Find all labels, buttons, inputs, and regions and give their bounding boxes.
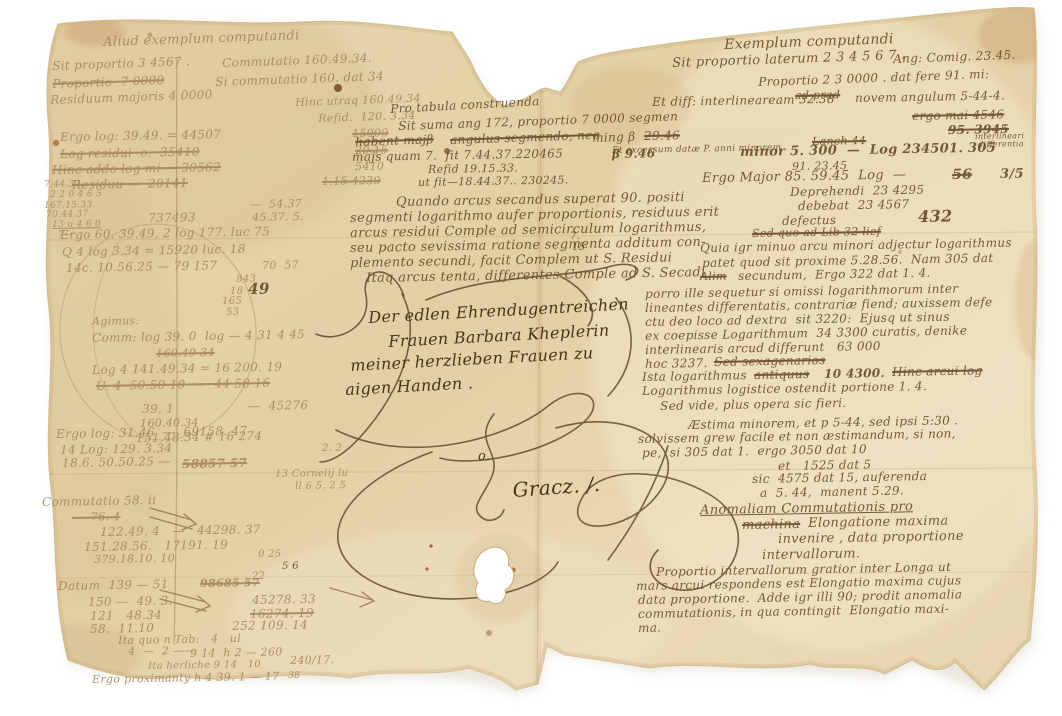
- manuscript-line: Alim: [700, 271, 727, 282]
- manuscript-line: Ista logarithmus: [642, 369, 747, 383]
- manuscript-line: pe, si 305 dat 1. ergo 3050 dat 10: [642, 443, 867, 459]
- manuscript-line: majs quam 7. fit 7.44.37.220465: [352, 147, 563, 163]
- manuscript-line: meiner herzlieben Frauen zu: [350, 345, 594, 374]
- manuscript-line: 10 4300.: [824, 367, 885, 380]
- manuscript-line: Proportio 7 0000: [52, 74, 165, 90]
- manuscript-line: Logarithmus logistice ostendit portione …: [642, 380, 927, 397]
- manuscript-line: Commutatio 58. ii: [42, 494, 156, 508]
- manuscript-line: 15: [572, 243, 586, 253]
- manuscript-line: Log residui o. 35410: [60, 146, 200, 160]
- manuscript-line: aigen Handen .: [345, 375, 474, 398]
- manuscript-line: Gracz. /.: [512, 474, 601, 500]
- manuscript-line: Sit proportio laterum 2 3 4 5 6 7 .: [672, 49, 906, 70]
- manuscript-line: commutationis, in qua contingit Elongati…: [638, 603, 949, 620]
- manuscript-line: intervallorum.: [762, 547, 860, 562]
- manuscript-line: debebat 23 4567: [798, 198, 909, 212]
- manuscript-line: Residuum majoris 4 0000: [50, 88, 213, 106]
- manuscript-line: ad prad: [795, 89, 840, 101]
- manuscript-line: 56: [952, 168, 972, 182]
- handwriting-layer: Aliud exemplum computandiSit proportio 3…: [0, 0, 1062, 716]
- manuscript-line: Aliud exemplum computandi: [103, 29, 300, 49]
- manuscript-line: o.: [478, 450, 490, 463]
- manuscript-line: 98685 57: [200, 577, 260, 589]
- manuscript-line: Log 4 141.49.34 = 16 200. 19: [92, 361, 282, 376]
- manuscript-line: 2. 2: [322, 444, 342, 454]
- manuscript-line: 9 14 h 2 — 260: [190, 646, 283, 659]
- manuscript-line: Ergo proximanty h 4 39. 1 — 17: [92, 671, 280, 685]
- manuscript-line: 49: [248, 282, 270, 297]
- manuscript-line: 165: [222, 297, 242, 307]
- manuscript-line: habent majβ: [355, 133, 434, 148]
- manuscript-line: 7.: [570, 232, 580, 242]
- manuscript-line: 252 109. 14: [232, 619, 308, 632]
- manuscript-line: Refid 19.15.33.: [428, 162, 518, 175]
- manuscript-line: ll 6 5. 2 5: [295, 481, 346, 492]
- manuscript-line: 151.28.56. 17191. 19: [84, 538, 228, 553]
- manuscript-line: 1.15 4230: [322, 175, 381, 187]
- manuscript-line: 39. 1: [142, 402, 174, 415]
- manuscript-line: ut fit—18.44.37.. 230245.: [418, 174, 569, 188]
- manuscript-line: 58857 57: [182, 457, 247, 470]
- manuscript-line: — 54.37: [250, 198, 302, 210]
- manuscript-line: ma.: [638, 622, 661, 634]
- manuscript-line: Sed sexagenarios: [714, 354, 826, 368]
- manuscript-line: Deprehendi 23 4295: [790, 184, 924, 198]
- manuscript-line: Commutatio 160.49.34.: [222, 52, 372, 69]
- manuscript-line: 2 2 0 4 6 5: [50, 190, 102, 200]
- manuscript-line: Hinc arcui log: [892, 364, 983, 378]
- manuscript-line: 14c. 10.56.25 — 79 157: [66, 259, 217, 274]
- manuscript-line: Q 4 log 3.34 = 15920 luc. 18: [62, 243, 246, 258]
- manuscript-line: 38: [288, 672, 300, 681]
- manuscript-line: U. 4 50.50 10 — 44 58 16: [96, 377, 270, 392]
- manuscript-line: 53: [226, 308, 240, 318]
- manuscript-line: 13 Cornelij lu: [275, 469, 348, 480]
- manuscript-line: 45.37. 5.: [252, 211, 304, 223]
- manuscript-line: 379.18.10. 10: [94, 553, 175, 565]
- manuscript-line: Ergo 60. 39.49. 2 log 177. luc 75: [60, 225, 270, 241]
- manuscript-line: Ergo log: 31.46 — 69158. 47: [56, 425, 247, 440]
- manuscript-line: 432: [918, 208, 953, 225]
- manuscript-line: 29.46: [644, 129, 680, 142]
- manuscript-line: 45278. 33: [252, 593, 316, 606]
- manuscript-line: angulus segmendo, nec: [450, 129, 600, 146]
- manuscript-line: 160.49 34: [156, 347, 215, 359]
- manuscript-line: Comm: log 39. 0 log — 4 31 4 45: [92, 328, 305, 344]
- manuscript-line: a 5. 44, manent 5.29.: [760, 484, 904, 499]
- manuscript-line: secundum, Ergo 322 dat 1. 4.: [738, 267, 931, 282]
- manuscript-line: 4 — 2 ——: [128, 645, 196, 657]
- manuscript-line: 5 6: [282, 562, 299, 572]
- manuscript-line: Ang: Comig. 23.45.: [893, 49, 1016, 65]
- manuscript-line: Ergo log: 39.49. = 44507: [60, 128, 221, 143]
- manuscript-line: machina: [742, 518, 800, 532]
- manuscript-line: invenire , data proportione: [778, 530, 964, 546]
- manuscript-line: Sed quo ad Lib 32 lief: [752, 226, 881, 239]
- manuscript-line: novem angulum 5-44-4.: [855, 89, 1005, 104]
- manuscript-line: 18.6. 50.50.25 —: [62, 455, 171, 469]
- manuscript-line: ming β: [592, 130, 636, 143]
- manuscript-line: Elongatione maxima: [808, 515, 949, 530]
- manuscript-line: Datum 139 — 51: [58, 578, 169, 592]
- manuscript-line: Agimus:: [92, 315, 140, 327]
- manuscript-line: 70 57: [262, 259, 299, 271]
- manuscript-line: Si commutatio 160. dat 34: [215, 70, 384, 88]
- manuscript-line: 3/5: [1000, 168, 1024, 181]
- manuscript-line: 0 25: [258, 550, 282, 560]
- manuscript-line: 737493: [148, 211, 196, 224]
- manuscript-line: 122.49. 4 — 44298. 37: [100, 523, 261, 538]
- manuscript-photo: Aliud exemplum computandiSit proportio 3…: [0, 0, 1062, 716]
- manuscript-line: Sit proportio 3 4567 .: [52, 55, 190, 72]
- manuscript-line: ergo mai 4546: [912, 108, 1004, 122]
- manuscript-line: Hinc addo log mi — 30562: [52, 161, 221, 176]
- manuscript-line: Sed vide, plus opera sic fieri.: [660, 397, 847, 412]
- manuscript-line: minor 5. 300 — Log 234501. 305: [740, 142, 996, 159]
- manuscript-line: Proportio 2 3 0000 . dat fere 91. mi:: [758, 68, 989, 88]
- manuscript-line: 150 — 49. 3.: [88, 595, 173, 608]
- manuscript-line: 240/17.: [290, 654, 334, 666]
- manuscript-line: — 76. 4: [72, 511, 121, 523]
- manuscript-line: antiquus: [754, 368, 809, 381]
- manuscript-line: — 45276: [248, 399, 308, 412]
- manuscript-line: Sit suma ang 172, proportio 7 0000 segme…: [398, 110, 678, 132]
